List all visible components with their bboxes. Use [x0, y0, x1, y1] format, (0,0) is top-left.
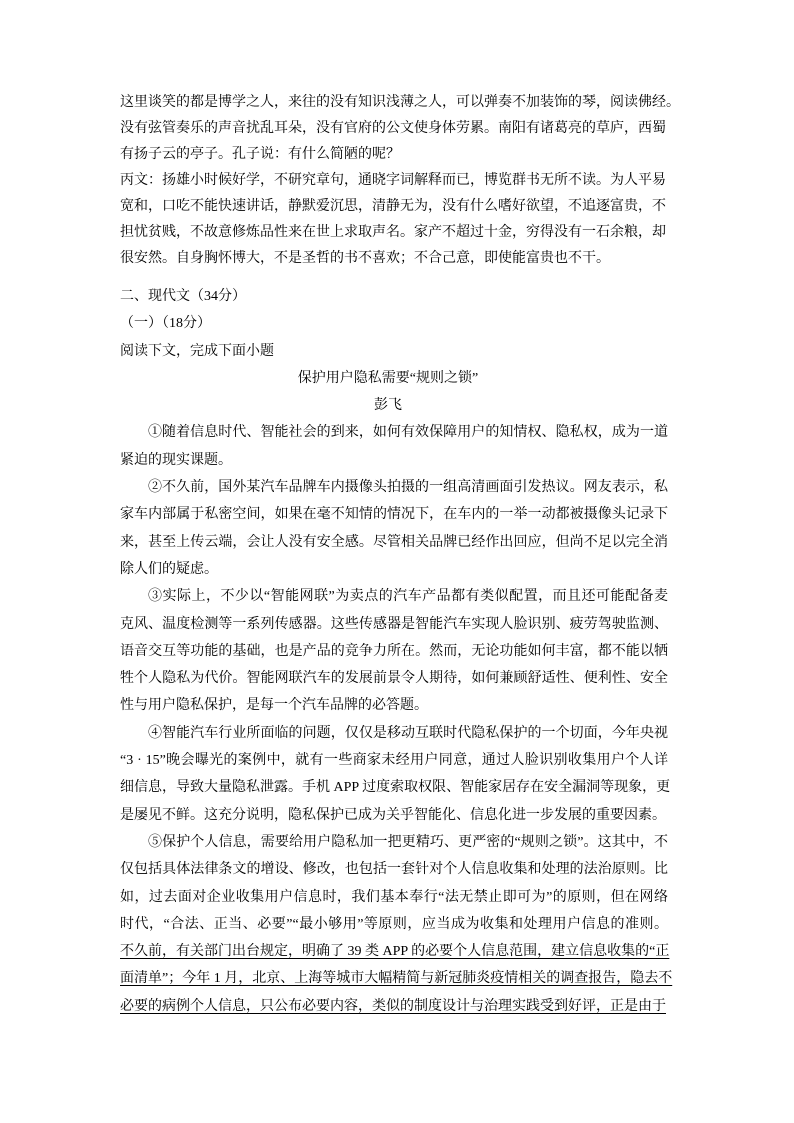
text-line: “3 · 15”晚会曝光的案例中，就有一些商家未经用户同意，通过人脸识别收集用户… — [120, 747, 668, 774]
underlined-line: 必要的病例个人信息，只公布必要内容，类似的制度设计与治理实践受到好评，正是由于 — [120, 993, 668, 1020]
text-line: ②不久前，国外某汽车品牌车内摄像头拍摄的一组高清画面引发热议。网友表示，私 — [120, 474, 668, 501]
passage-bing-paragraph: 丙文：扬雄小时候好学，不研究章句，通晓字词解释而已，博览群书无所不读。为人平易 … — [120, 168, 668, 272]
subsection-heading: （一）（18分） — [120, 310, 668, 337]
text-line: 没有弦管奏乐的声音扰乱耳朵，没有官府的公文使身体劳累。南阳有诸葛亮的草庐，西蜀 — [120, 116, 668, 142]
text-line: 语音交互等功能的基础，也是产品的竞争力所在。然而，无论功能如何丰富，都不能以牺 — [120, 638, 668, 665]
text-line: 时代，“合法、正当、必要”“最小够用”等原则，应当成为收集和处理用户信息的准则。 — [120, 911, 668, 938]
underlined-text: 面清单”；今年 1 月，北京、上海等城市大幅精简与新冠肺炎疫情相关的调查报告，隐… — [120, 971, 672, 986]
article-paragraph-2: ②不久前，国外某汽车品牌车内摄像头拍摄的一组高清画面引发热议。网友表示，私 家车… — [120, 474, 668, 583]
article-author: 彭飞 — [120, 392, 668, 419]
modern-reading-section: 二、现代文（34分） （一）（18分） 阅读下文，完成下面小题 保护用户隐私需要… — [120, 283, 668, 1020]
text-line: ①随着信息时代、智能社会的到来，如何有效保障用户的知情权、隐私权，成为一道 — [120, 419, 668, 446]
text-line: ⑤保护个人信息，需要给用户隐私加一把更精巧、更严密的“规则之锁”。这其中，不 — [120, 829, 668, 856]
text-line: 这里谈笑的都是博学之人，来往的没有知识浅薄之人，可以弹奏不加装饰的琴，阅读佛经。 — [120, 90, 668, 116]
text-line: 来，甚至上传云端，会让人没有安全感。尽管相关品牌已经作出回应，但尚不足以完全消 — [120, 529, 668, 556]
text-line: 有扬子云的亭子。孔子说：有什么简陋的呢？ — [120, 142, 668, 168]
text-line: 很安然。自身胸怀博大，不是圣哲的书不喜欢；不合己意，即使能富贵也不干。 — [120, 246, 668, 272]
text-line: 宽和，口吃不能快速讲话，静默爱沉思，清静无为，没有什么嗜好欲望，不追逐富贵，不 — [120, 194, 668, 220]
underlined-line: 不久前，有关部门出台规定，明确了 39 类 APP 的必要个人信息范围，建立信息… — [120, 938, 668, 965]
article-paragraph-1: ①随着信息时代、智能社会的到来，如何有效保障用户的知情权、隐私权，成为一道 紧迫… — [120, 419, 668, 474]
article-title: 保护用户隐私需要“规则之锁” — [120, 365, 668, 392]
text-line: 克风、温度检测等一系列传感器。这些传感器是智能汽车实现人脸识别、疲劳驾驶监测、 — [120, 611, 668, 638]
text-line: 除人们的疑虑。 — [120, 556, 668, 583]
text-line: 担忧贫贱，不故意修炼品性来在世上求取声名。家产不超过十金，穷得没有一石余粮，却 — [120, 220, 668, 246]
underlined-text: 必要的病例个人信息，只公布必要内容，类似的制度设计与治理实践受到好评，正是由于 — [120, 999, 666, 1014]
text-line: 紧迫的现实课题。 — [120, 447, 668, 474]
text-line: 性与用户隐私保护，是每一个汽车品牌的必答题。 — [120, 692, 668, 719]
article-paragraph-3: ③实际上，不少以“智能网联”为卖点的汽车产品都有类似配置，而且还可能配备麦 克风… — [120, 583, 668, 719]
underlined-text: 不久前，有关部门出台规定，明确了 39 类 APP 的必要个人信息范围，建立信息… — [120, 944, 669, 959]
text-line: 是屡见不鲜。这充分说明，隐私保护已成为关乎智能化、信息化进一步发展的重要因素。 — [120, 802, 668, 829]
text-line: 家车内部属于私密空间，如果在毫不知情的情况下，在车内的一举一动都被摄像头记录下 — [120, 501, 668, 528]
text-line: ④智能汽车行业所面临的问题，仅仅是移动互联时代隐私保护的一个切面，今年央视 — [120, 720, 668, 747]
text-line: 仅包括具体法律条文的增设、修改，也包括一套针对个人信息收集和处理的法治原则。比 — [120, 856, 668, 883]
text-line: 牲个人隐私为代价。智能网联汽车的发展前景令人期待，如何兼顾舒适性、便利性、安全 — [120, 665, 668, 692]
classical-passage-translation: 这里谈笑的都是博学之人，来往的没有知识浅薄之人，可以弹奏不加装饰的琴，阅读佛经。… — [120, 90, 668, 272]
text-line: 细信息，导致大量隐私泄露。手机 APP 过度索取权限、智能家居存在安全漏洞等现象… — [120, 774, 668, 801]
passage-continuation-paragraph: 这里谈笑的都是博学之人，来往的没有知识浅薄之人，可以弹奏不加装饰的琴，阅读佛经。… — [120, 90, 668, 168]
article-paragraph-5: ⑤保护个人信息，需要给用户隐私加一把更精巧、更严密的“规则之锁”。这其中，不 仅… — [120, 829, 668, 1020]
text-line: 丙文：扬雄小时候好学，不研究章句，通晓字词解释而已，博览群书无所不读。为人平易 — [120, 168, 668, 194]
article-paragraph-4: ④智能汽车行业所面临的问题，仅仅是移动互联时代隐私保护的一个切面，今年央视 “3… — [120, 720, 668, 829]
instruction-text: 阅读下文，完成下面小题 — [120, 338, 668, 365]
text-line: ③实际上，不少以“智能网联”为卖点的汽车产品都有类似配置，而且还可能配备麦 — [120, 583, 668, 610]
section-heading: 二、现代文（34分） — [120, 283, 668, 310]
underlined-line: 面清单”；今年 1 月，北京、上海等城市大幅精简与新冠肺炎疫情相关的调查报告，隐… — [120, 965, 668, 992]
text-line: 如，过去面对企业收集用户信息时，我们基本奉行“法无禁止即可为”的原则，但在网络 — [120, 884, 668, 911]
